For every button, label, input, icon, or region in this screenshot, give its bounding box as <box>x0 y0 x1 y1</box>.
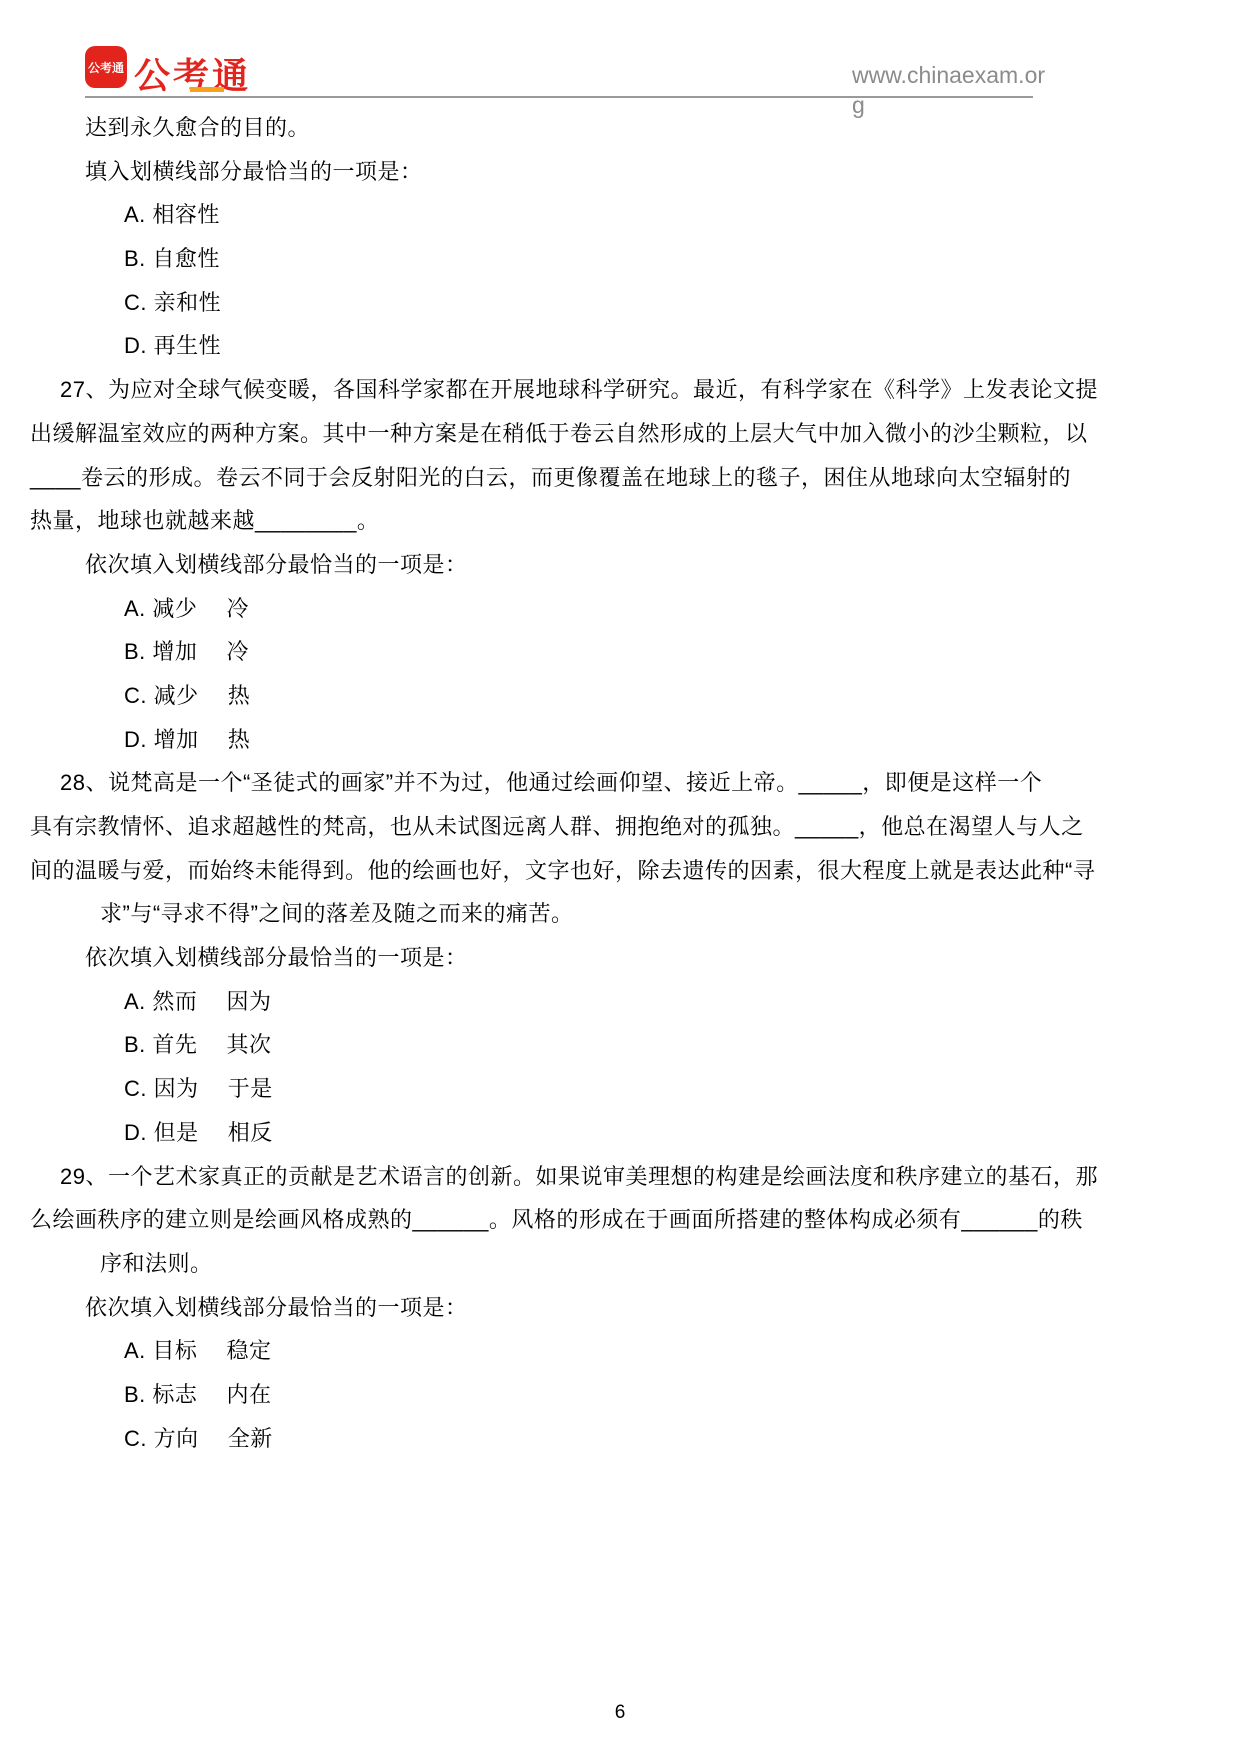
question-28-option-c: C. 因为 于是 <box>0 1067 1240 1111</box>
question-26-option-a: A. 相容性 <box>0 193 1240 237</box>
question-27-option-a: A. 减少 冷 <box>0 587 1240 631</box>
question-27-line-4: 热量，地球也就越来越________。 <box>0 499 1240 543</box>
question-27-line-3: ____卷云的形成。卷云不同于会反射阳光的白云，而更像覆盖在地球上的毯子，困住从… <box>0 456 1240 500</box>
question-26-option-b: B. 自愈性 <box>0 237 1240 281</box>
question-29-line-1: 29、一个艺术家真正的贡献是艺术语言的创新。如果说审美理想的构建是绘画法度和秩序… <box>0 1155 1240 1199</box>
document-body: 达到永久愈合的目的。 填入划横线部分最恰当的一项是： A. 相容性 B. 自愈性… <box>0 106 1240 1460</box>
question-27-option-c: C. 减少 热 <box>0 674 1240 718</box>
question-29-option-b: B. 标志 内在 <box>0 1373 1240 1417</box>
question-29-prompt: 依次填入划横线部分最恰当的一项是： <box>0 1286 1240 1330</box>
question-28-line-2: 具有宗教情怀、追求超越性的梵高，也从未试图远离人群、拥抱绝对的孤独。_____，… <box>0 805 1240 849</box>
question-29-option-a: A. 目标 稳定 <box>0 1329 1240 1373</box>
question-29-line-2: 么绘画秩序的建立则是绘画风格成熟的______。风格的形成在于画面所搭建的整体构… <box>0 1198 1240 1242</box>
question-29-line-3: 序和法则。 <box>0 1242 1240 1286</box>
question-27-line-1: 27、为应对全球气候变暖，各国科学家都在开展地球科学研究。最近，有科学家在《科学… <box>0 368 1240 412</box>
question-28-line-1: 28、说梵高是一个“圣徒式的画家”并不为过，他通过绘画仰望、接近上帝。_____… <box>0 761 1240 805</box>
logo-accent-underline <box>190 87 224 92</box>
page-number: 6 <box>0 1702 1240 1724</box>
question-29-option-c: C. 方向 全新 <box>0 1417 1240 1461</box>
question-28-line-3: 间的温暖与爱，而始终未能得到。他的绘画也好，文字也好，除去遗传的因素，很大程度上… <box>0 849 1240 893</box>
question-27-prompt: 依次填入划横线部分最恰当的一项是： <box>0 543 1240 587</box>
question-28-line-4: 求”与“寻求不得”之间的落差及随之而来的痛苦。 <box>0 892 1240 936</box>
question-28-option-d: D. 但是 相反 <box>0 1111 1240 1155</box>
question-26-option-c: C. 亲和性 <box>0 281 1240 325</box>
question-27-option-b: B. 增加 冷 <box>0 630 1240 674</box>
question-27-line-2: 出缓解温室效应的两种方案。其中一种方案是在稍低于卷云自然形成的上层大气中加入微小… <box>0 412 1240 456</box>
question-26-tail-line: 达到永久愈合的目的。 <box>0 106 1240 150</box>
question-26-option-d: D. 再生性 <box>0 324 1240 368</box>
question-28-option-b: B. 首先 其次 <box>0 1023 1240 1067</box>
question-28-prompt: 依次填入划横线部分最恰当的一项是： <box>0 936 1240 980</box>
question-28-option-a: A. 然而 因为 <box>0 980 1240 1024</box>
question-26-prompt: 填入划横线部分最恰当的一项是： <box>0 150 1240 194</box>
exam-document-page: 公考通 公考通 www.chinaexam.org 达到永久愈合的目的。 填入划… <box>0 0 1240 1754</box>
question-27-option-d: D. 增加 热 <box>0 718 1240 762</box>
brand-logo-icon: 公考通 <box>85 46 127 88</box>
